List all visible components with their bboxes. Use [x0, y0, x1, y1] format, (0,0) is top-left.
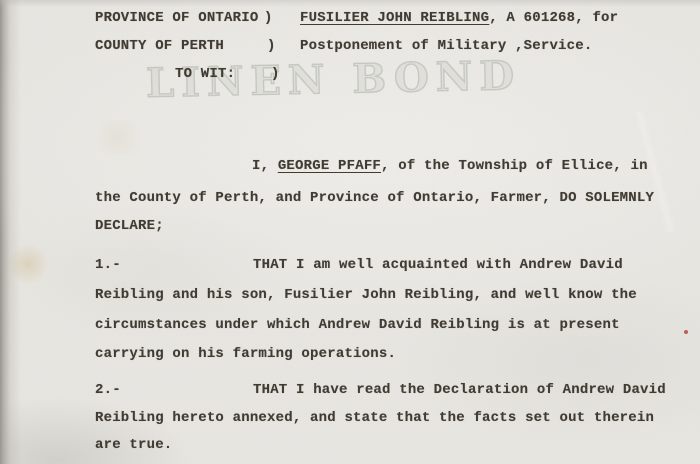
paper-stain-faint — [88, 120, 148, 154]
intro-line-3: DECLARE; — [95, 218, 164, 234]
para-2-number: 2.- — [95, 382, 121, 398]
para-2-line-2: Reibling hereto annexed, and state that … — [95, 410, 654, 426]
document-page: LINEN BOND PROVINCE OF ONTARIO COUNTY OF… — [0, 0, 700, 464]
case-title-name: FUSILIER JOHN REIBLING — [300, 10, 489, 26]
venue-province-line: PROVINCE OF ONTARIO — [95, 10, 258, 26]
paper-crease — [618, 112, 692, 232]
venue-bracket-2: ) — [267, 38, 276, 54]
declarant-name: GEORGE PFAFF — [278, 158, 381, 174]
para-1-line-1: THAT I am well acquainted with Andrew Da… — [253, 257, 623, 273]
intro-suffix: , of the Township of Ellice, in — [381, 158, 648, 174]
intro-prefix: I, — [252, 158, 278, 174]
venue-county-line: COUNTY OF PERTH — [95, 38, 224, 54]
para-1-line-3: circumstances under which Andrew David R… — [95, 317, 620, 333]
venue-bracket-3: ) — [271, 66, 280, 82]
para-1-line-2: Reibling and his son, Fusilier John Reib… — [95, 287, 637, 303]
case-title-line: FUSILIER JOHN REIBLING, A 601268, for — [300, 10, 618, 26]
intro-line-2: the County of Perth, and Province of Ont… — [95, 190, 654, 206]
para-2-line-1: THAT I have read the Declaration of Andr… — [253, 382, 666, 398]
para-1-line-4: carrying on his farming operations. — [95, 346, 396, 362]
case-subject-line: Postponement of Military ,Service. — [300, 38, 592, 54]
venue-to-wit-line: TO WIT: — [175, 66, 235, 82]
para-1-number: 1.- — [95, 257, 121, 273]
case-title-rest: , A 601268, for — [489, 10, 618, 26]
para-2-line-3: are true. — [95, 437, 172, 453]
venue-bracket-1: ) — [264, 10, 273, 26]
red-ink-speck — [684, 330, 688, 334]
paper-stain — [6, 244, 50, 284]
intro-line-1: I, GEORGE PFAFF, of the Township of Elli… — [252, 158, 648, 174]
